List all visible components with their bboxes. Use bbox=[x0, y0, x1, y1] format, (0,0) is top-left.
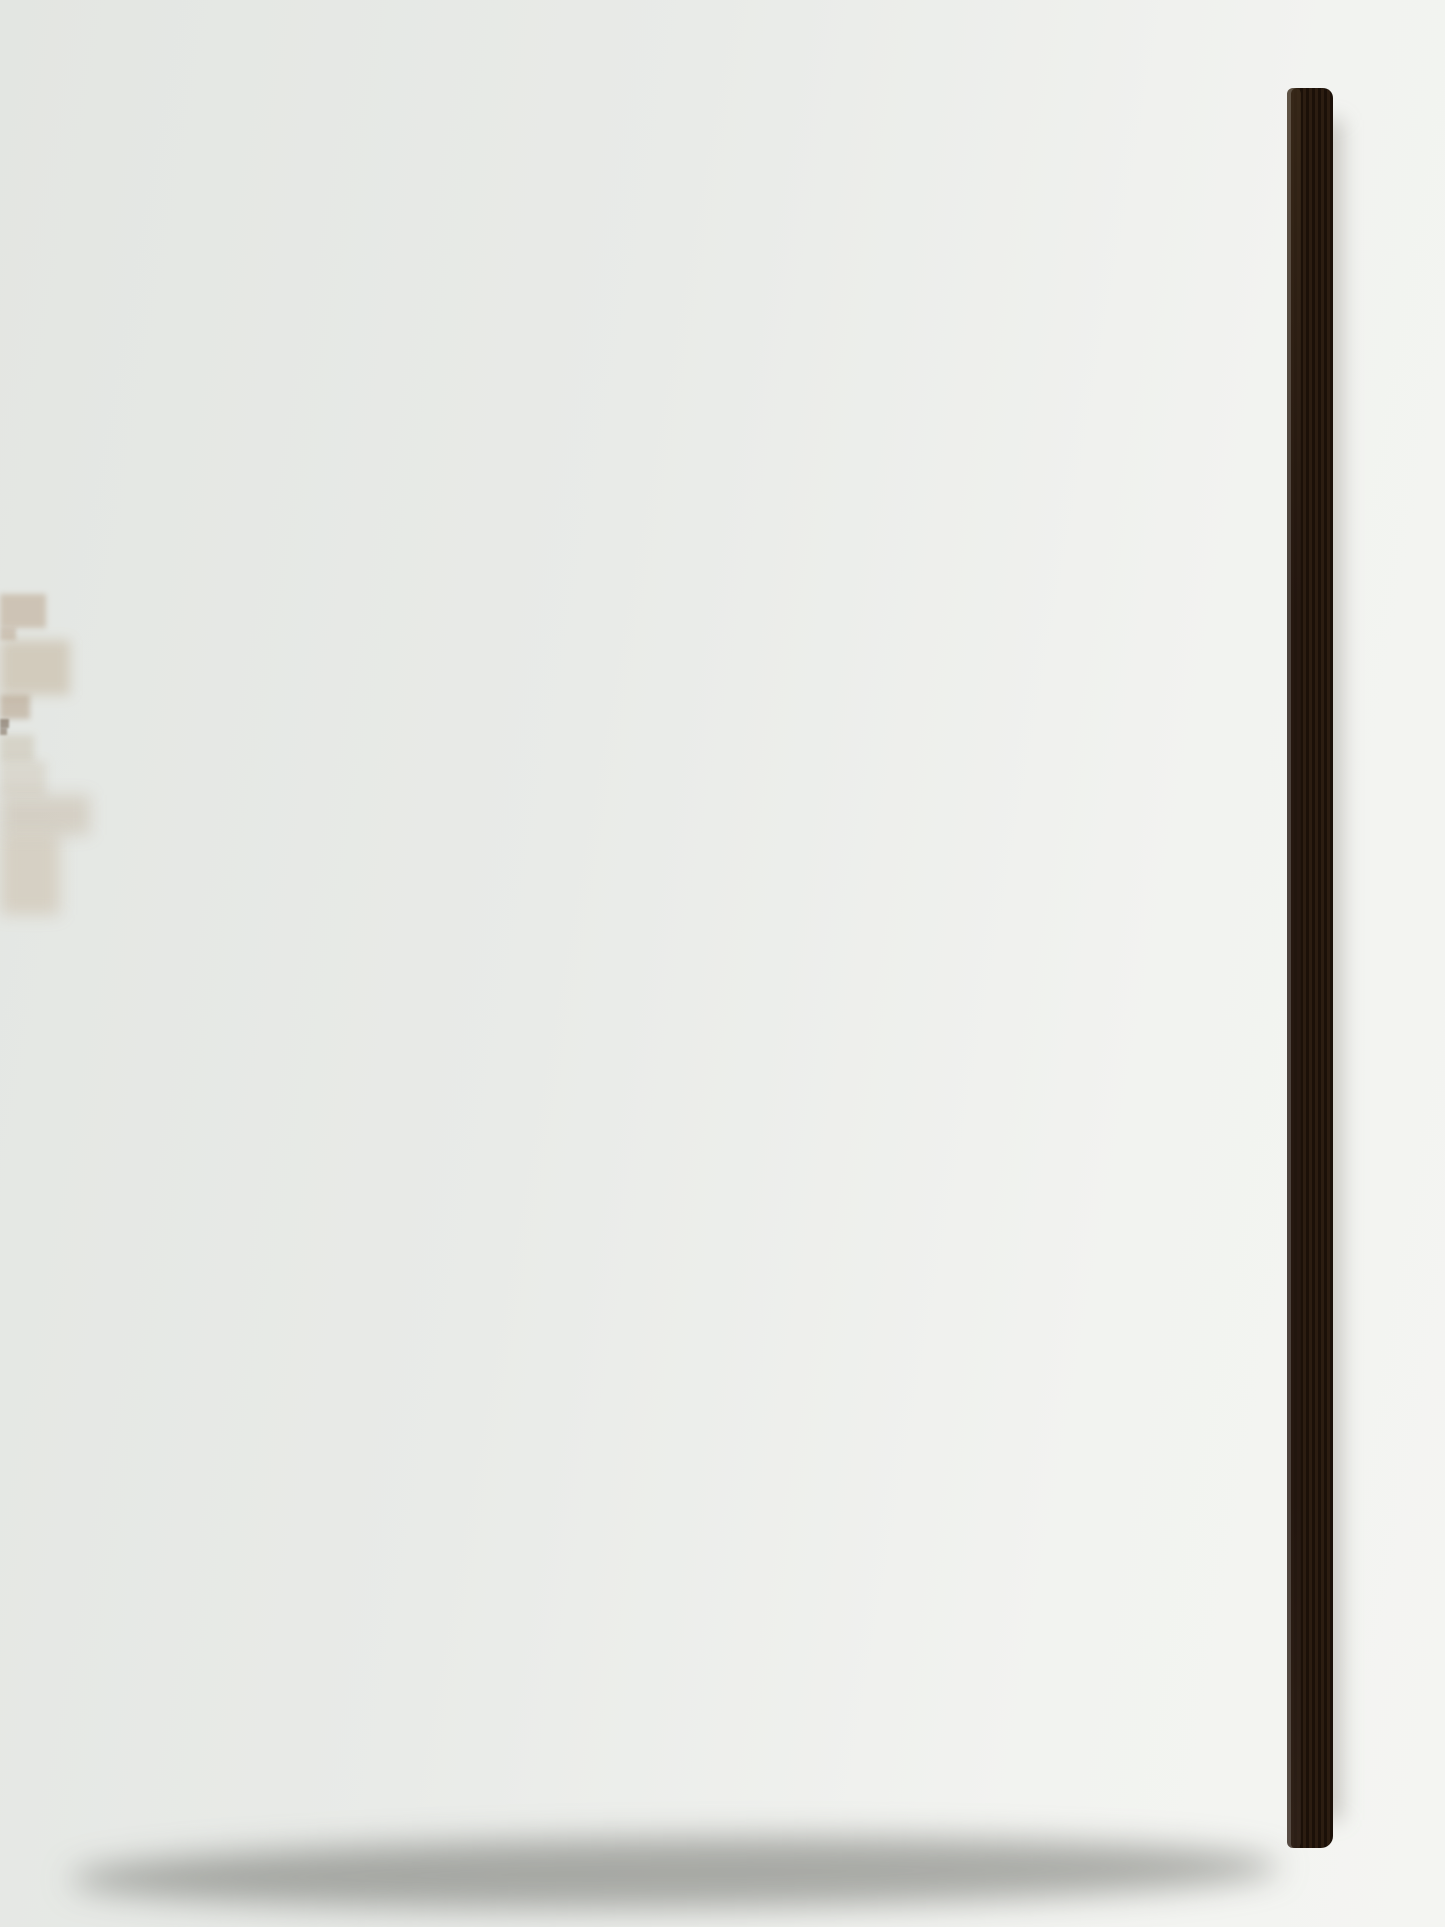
stain bbox=[0, 640, 70, 695]
stain bbox=[0, 761, 46, 795]
stain bbox=[0, 594, 46, 628]
stain bbox=[0, 735, 34, 761]
stain bbox=[0, 719, 9, 728]
stain bbox=[0, 728, 7, 735]
stain bbox=[0, 695, 30, 719]
photo-backdrop bbox=[0, 0, 1445, 1927]
stain bbox=[0, 628, 16, 640]
page-block-fore-edge bbox=[1252, 104, 1300, 1846]
stain bbox=[0, 795, 90, 835]
book-photo: THE PATRIOTIC PIETY OF ’76. 203 ahighapp… bbox=[0, 0, 1445, 1927]
stain bbox=[0, 835, 60, 915]
